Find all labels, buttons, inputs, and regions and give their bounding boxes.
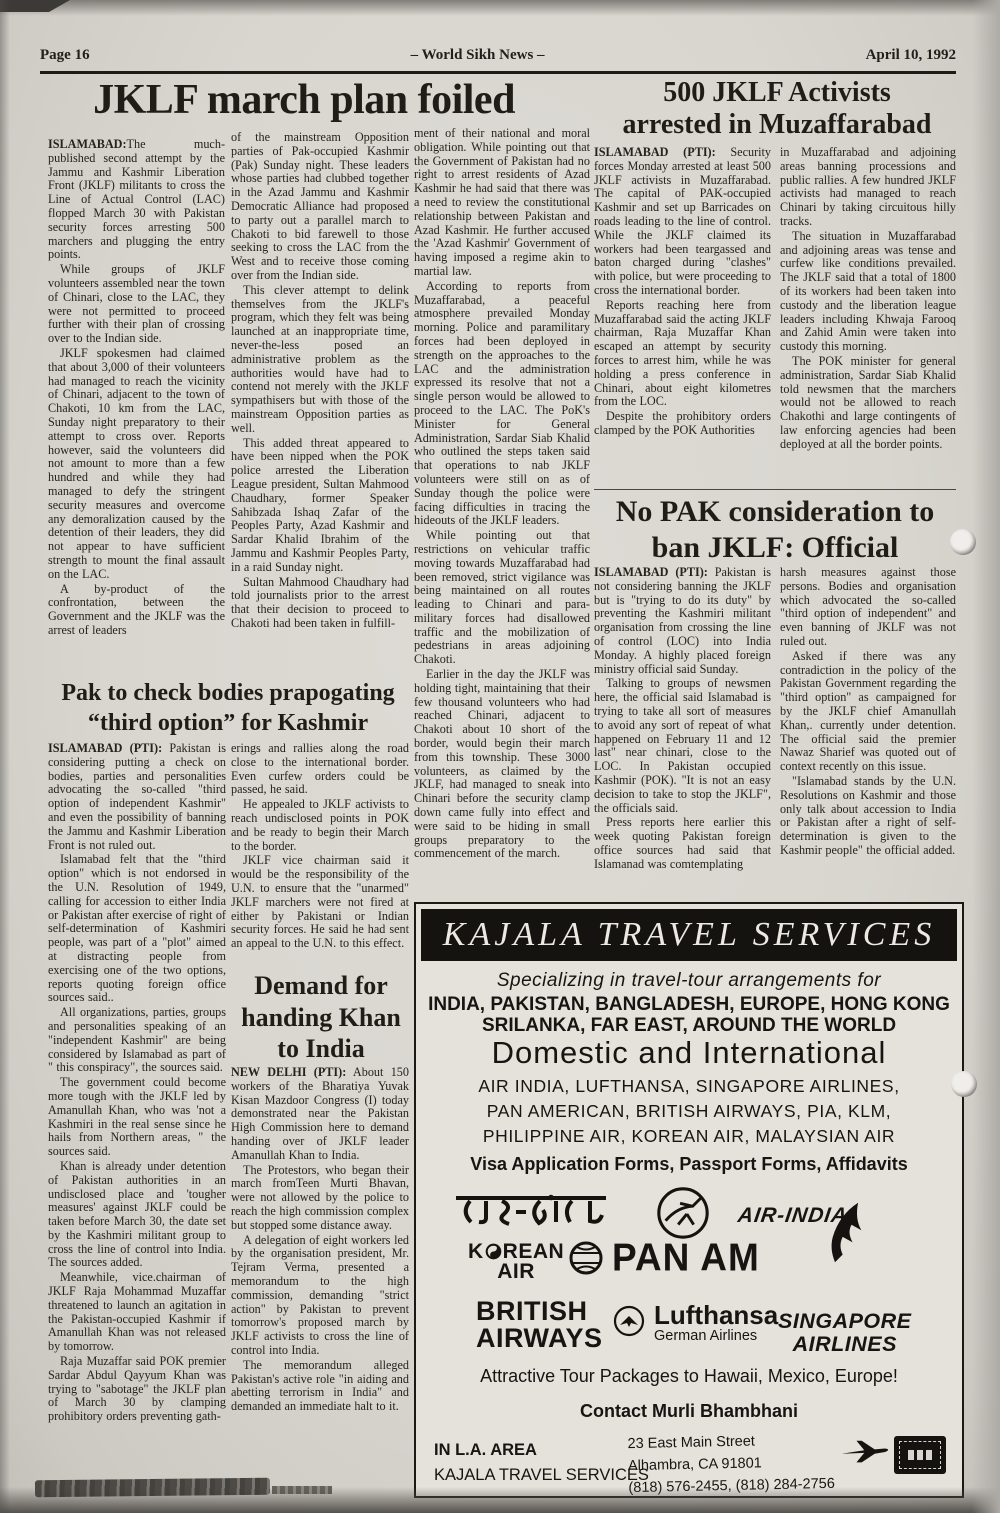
- paragraph: Raja Muzaffar said POK premier Sardar Ab…: [48, 1355, 226, 1424]
- headline-line: 500 JKLF Activists: [598, 77, 956, 109]
- ad-banner: KAJALA TRAVEL SERVICES: [421, 909, 957, 961]
- scan-scribble-mark: [272, 1486, 332, 1494]
- ad-airlines-list: PAN AMERICAN, BRITISH AIRWAYS, PIA, KLM,: [416, 1101, 962, 1122]
- singapore-airlines-wordmark: SINGAPORE AIRLINES: [778, 1310, 912, 1355]
- article-column: ISLAMABAD (PTI): Pakistan is considering…: [48, 742, 226, 1486]
- korean-air-logo: K REAN AIR: [468, 1242, 564, 1282]
- paragraph: According to reports from Muzaffarabad, …: [414, 280, 590, 528]
- korean-air-text: AIR: [468, 1262, 564, 1282]
- paragraph: "Islamabad stands by the U.N. Resolution…: [780, 775, 956, 858]
- article-column: in Muzaffarabad and adjoining areas bann…: [780, 146, 956, 488]
- headline-line: Demand for: [231, 970, 411, 1002]
- paragraph: A delegation of eight workers led by the…: [231, 1234, 409, 1358]
- korean-air-text: K: [468, 1242, 484, 1262]
- headline-line: to India: [231, 1033, 411, 1065]
- headline-line: arrested in Muzaffarabad: [598, 109, 956, 141]
- paragraph: Sultan Mahmood Chaudhary had told journa…: [231, 576, 409, 631]
- ad-regions: INDIA, PAKISTAN, BANGLADESH, EUROPE, HON…: [416, 994, 962, 1016]
- paragraph: JKLF spokesmen had claimed that about 3,…: [48, 347, 225, 582]
- hole-punch: [950, 529, 976, 555]
- paragraph: This clever attempt to delink themselves…: [231, 284, 409, 436]
- ad-regions: SRILANKA, FAR EAST, AROUND THE WORLD: [416, 1015, 962, 1037]
- scan-scribble-mark: [35, 1478, 270, 1497]
- ad-airlines-list: PHILIPPINE AIR, KOREAN AIR, MALAYSIAN AI…: [416, 1126, 962, 1147]
- paragraph: harsh measures against those persons. Bo…: [780, 566, 956, 649]
- ad-tour-packages: Attractive Tour Packages to Hawaii, Mexi…: [416, 1366, 962, 1387]
- article-column: ISLAMABAD (PTI): Security forces Monday …: [594, 146, 771, 488]
- paragraph: ISLAMABAD (PTI): Security forces Monday …: [594, 146, 771, 298]
- paragraph: Meanwhile, vice.chairman of JKLF Raja Mo…: [48, 1271, 226, 1354]
- ad-contact: Contact Murli Bhambhani: [416, 1401, 962, 1422]
- article-column: ment of their national and moral obligat…: [414, 127, 590, 902]
- ad-banner-title: KAJALA TRAVEL SERVICES: [443, 916, 935, 954]
- paragraph: of the mainstream Opposition parties of …: [231, 131, 409, 283]
- paragraph: ISLAMABAD (PTI): Pakistan is not conside…: [594, 566, 771, 676]
- paragraph: ISLAMABAD (PTI): Pakistan is considering…: [48, 742, 226, 852]
- british-airways-logo: BRITISH AIRWAYS: [476, 1298, 603, 1352]
- article-column: ISLAMABAD:The much-published second atte…: [48, 138, 225, 662]
- paragraph: JKLF vice chairman said it would be the …: [231, 854, 409, 951]
- page-header: Page 16 – World Sikh News – April 10, 19…: [40, 47, 956, 64]
- british-airways-text: AIRWAYS: [476, 1325, 603, 1352]
- ad-la-area: IN L.A. AREA: [434, 1438, 649, 1463]
- paragraph: ISLAMABAD:The much-published second atte…: [48, 138, 225, 262]
- paragraph: erings and rallies along the road close …: [231, 742, 409, 797]
- page-number: Page 16: [40, 47, 90, 64]
- paragraph: ment of their national and moral obligat…: [414, 127, 590, 279]
- ad-airlines-list: AIR INDIA, LUFTHANSA, SINGAPORE AIRLINES…: [416, 1076, 962, 1097]
- ad-tagline: Specializing in travel-tour arrangements…: [416, 970, 962, 992]
- article-column: of the mainstream Opposition parties of …: [231, 131, 409, 662]
- airline-logos: AIR-INDIA K REAN AIR PAN AM BRITIS: [416, 1182, 962, 1362]
- headline-no-ban: No PAK consideration to ban JKLF: Offici…: [594, 494, 956, 566]
- paragraph: The memorandum alleged Pakistan's active…: [231, 1359, 409, 1414]
- paragraph: Talking to groups of newsmen here, the o…: [594, 677, 771, 815]
- headline-line: ban JKLF: Official: [594, 530, 956, 566]
- paragraph: Despite the prohibitory orders clamped b…: [594, 410, 771, 438]
- article-column: NEW DELHI (PTI): About 150 workers of th…: [231, 1066, 409, 1490]
- singapore-airlines-text: SINGAPORE: [778, 1310, 912, 1333]
- paragraph: NEW DELHI (PTI): About 150 workers of th…: [231, 1066, 409, 1163]
- korean-air-text: REAN: [503, 1242, 565, 1262]
- issue-date: April 10, 1992: [866, 47, 956, 64]
- paragraph: While groups of JKLF volunteers assemble…: [48, 263, 225, 346]
- paragraph: The situation in Muzaffarabad and adjoin…: [780, 230, 956, 354]
- paragraph: The government could become more tough w…: [48, 1076, 226, 1159]
- article-column: erings and rallies along the road close …: [231, 742, 409, 968]
- article-column: harsh measures against those persons. Bo…: [780, 566, 956, 904]
- paragraph: A by-product of the confrontation, betwe…: [48, 583, 225, 638]
- ad-forms: Visa Application Forms, Passport Forms, …: [416, 1154, 962, 1175]
- pan-am-globe-icon: [568, 1240, 604, 1276]
- headline-500-arrested: 500 JKLF Activists arrested in Muzaffara…: [598, 77, 956, 141]
- paragraph: Press reports here earlier this week quo…: [594, 816, 771, 871]
- ad-la-block: IN L.A. AREA KAJALA TRAVEL SERVICES: [434, 1438, 649, 1488]
- headline-line: Pak to check bodies prapogating: [50, 678, 406, 708]
- paragraph: Earlier in the day the JKLF was holding …: [414, 668, 590, 861]
- air-india-centaur-icon: [654, 1184, 712, 1242]
- scan-edge-right: [972, 0, 1000, 1513]
- paragraph: in Muzaffarabad and adjoining areas bann…: [780, 146, 956, 229]
- korean-air-taegeuk-icon: [485, 1243, 502, 1260]
- singapore-airlines-text: AIRLINES: [778, 1333, 912, 1356]
- headline-line: “third option” for Kashmir: [50, 708, 406, 738]
- headline-march-plan: JKLF march plan foiled: [58, 78, 550, 123]
- lufthansa-text: Lufthansa: [654, 1302, 778, 1328]
- lufthansa-subtext: German Airlines: [654, 1328, 778, 1344]
- travel-stamp-icon: [894, 1436, 946, 1474]
- headline-line: No PAK consideration to: [594, 494, 956, 530]
- paragraph: Islamabad felt that the "third option" w…: [48, 853, 226, 1005]
- section-rule: [594, 489, 956, 490]
- pan-am-wordmark: PAN AM: [612, 1236, 760, 1280]
- singapore-airlines-bird-logo: [824, 1196, 868, 1280]
- paragraph: The POK minister for general administrat…: [780, 355, 956, 452]
- british-airways-text: BRITISH: [476, 1298, 603, 1325]
- paragraph: He appealed to JKLF activists to reach u…: [231, 798, 409, 853]
- airplane-icon: [840, 1438, 892, 1466]
- paragraph: Asked if there was any contradiction in …: [780, 650, 956, 774]
- headline-demand-khan: Demand for handing Khan to India: [231, 970, 411, 1065]
- header-rule: [40, 71, 956, 74]
- scan-edge-top: [0, 0, 1000, 16]
- paragraph: While pointing out that restrictions on …: [414, 529, 590, 667]
- headline-line: handing Khan: [231, 1002, 411, 1034]
- masthead-title: – World Sikh News –: [411, 47, 545, 64]
- paragraph: The Protestors, who began their march fr…: [231, 1164, 409, 1233]
- paragraph: This added threat appeared to have been …: [231, 437, 409, 575]
- paragraph: Khan is already under detention of Pakis…: [48, 1160, 226, 1270]
- ad-scope: Domestic and International: [416, 1035, 962, 1071]
- ad-la-name: KAJALA TRAVEL SERVICES: [434, 1463, 649, 1488]
- air-india-devanagari-logo: [454, 1194, 614, 1226]
- paragraph: All organizations, parties, groups and p…: [48, 1006, 226, 1075]
- scan-edge-left: [0, 0, 10, 1513]
- travel-ad: KAJALA TRAVEL SERVICES Specializing in t…: [414, 902, 964, 1498]
- paragraph: Reports reaching here from Muzaffarabad …: [594, 299, 771, 409]
- article-column: ISLAMABAD (PTI): Pakistan is not conside…: [594, 566, 771, 904]
- headline-third-option: Pak to check bodies prapogating “third o…: [50, 678, 406, 738]
- lufthansa-crane-icon: [612, 1304, 646, 1338]
- lufthansa-logo: Lufthansa German Airlines: [654, 1302, 778, 1344]
- hole-punch: [951, 1071, 977, 1097]
